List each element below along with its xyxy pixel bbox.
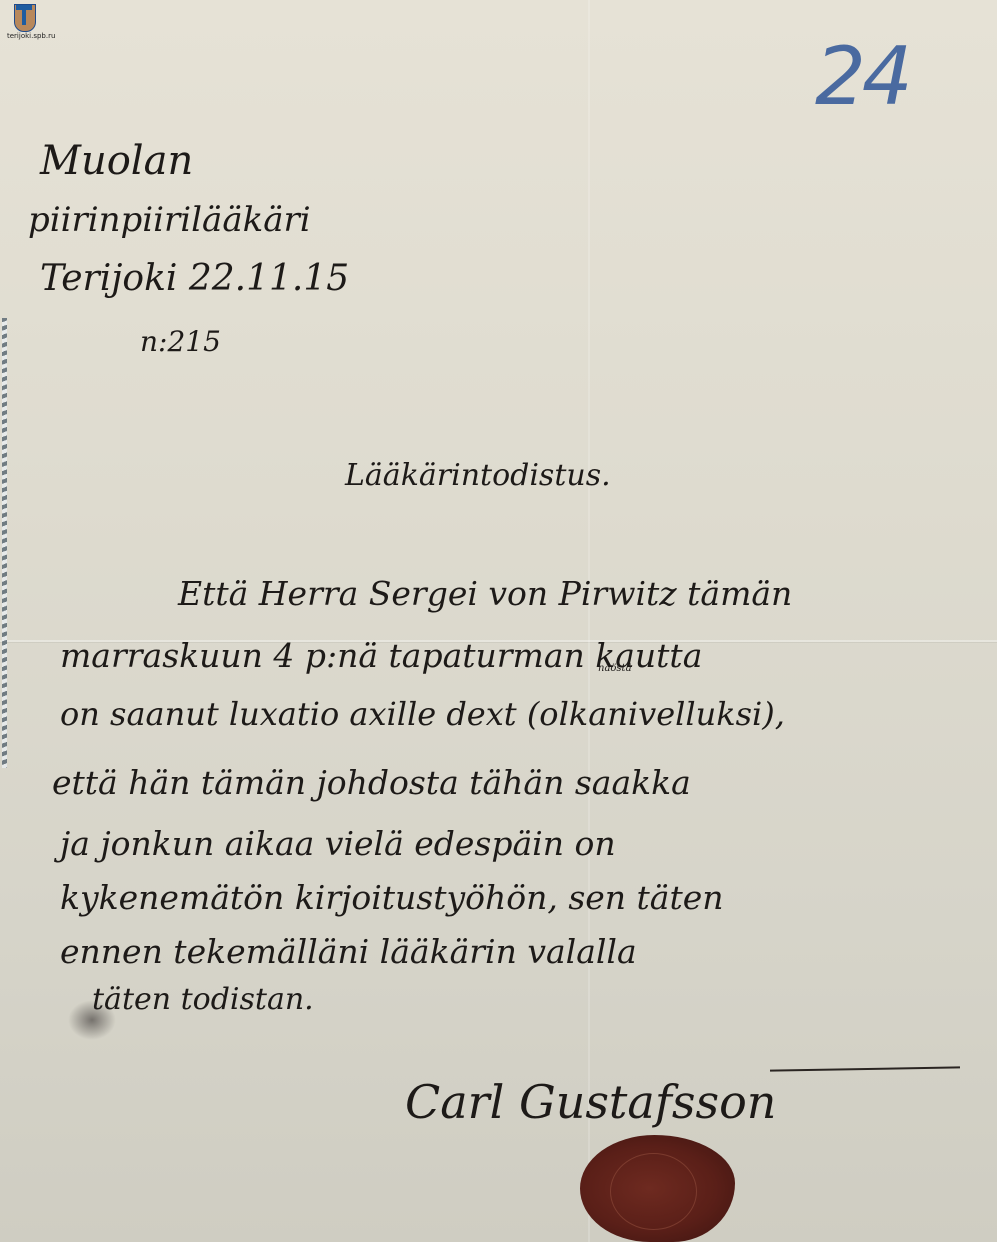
archive-logo: terijoki.spb.ru bbox=[4, 2, 36, 40]
logo-text: terijoki.spb.ru bbox=[7, 32, 55, 40]
body-line-3: on saanut luxatio axille dext (olkanivel… bbox=[60, 695, 785, 733]
body-line-7: ennen tekemälläni lääkärin valalla bbox=[60, 932, 637, 971]
binding-string bbox=[2, 318, 7, 768]
body-line-1: Että Herra Sergei von Pirwitz tämän bbox=[178, 574, 792, 613]
header-line-2: piirinpiirilääkäri bbox=[28, 200, 311, 240]
header-line-1: Muolan bbox=[40, 138, 193, 184]
body-line-8: täten todistan. bbox=[92, 982, 314, 1017]
wax-seal bbox=[580, 1135, 735, 1242]
interlinear-note: näöstä bbox=[598, 663, 632, 674]
header-line-4-number: n:215 bbox=[140, 325, 221, 358]
body-line-4: että hän tämän johdosta tähän saakka bbox=[52, 763, 691, 802]
body-line-6: kykenemätön kirjoitustyöhön, sen täten bbox=[60, 878, 724, 917]
body-line-5: ja jonkun aikaa vielä edespäin on bbox=[60, 824, 616, 863]
document-sheet: terijoki.spb.ru 24 Muolan piirinpiirilää… bbox=[0, 0, 997, 1242]
signature-flourish bbox=[770, 1066, 960, 1071]
signature: Carl Gustafsson bbox=[405, 1075, 776, 1129]
seal-emblem bbox=[610, 1153, 697, 1230]
archive-number: 24 bbox=[815, 30, 909, 123]
header-line-3-date: Terijoki 22.11.15 bbox=[40, 258, 349, 299]
paper-fold-line bbox=[588, 0, 590, 1242]
document-title: Lääkärintodistus. bbox=[345, 458, 611, 493]
